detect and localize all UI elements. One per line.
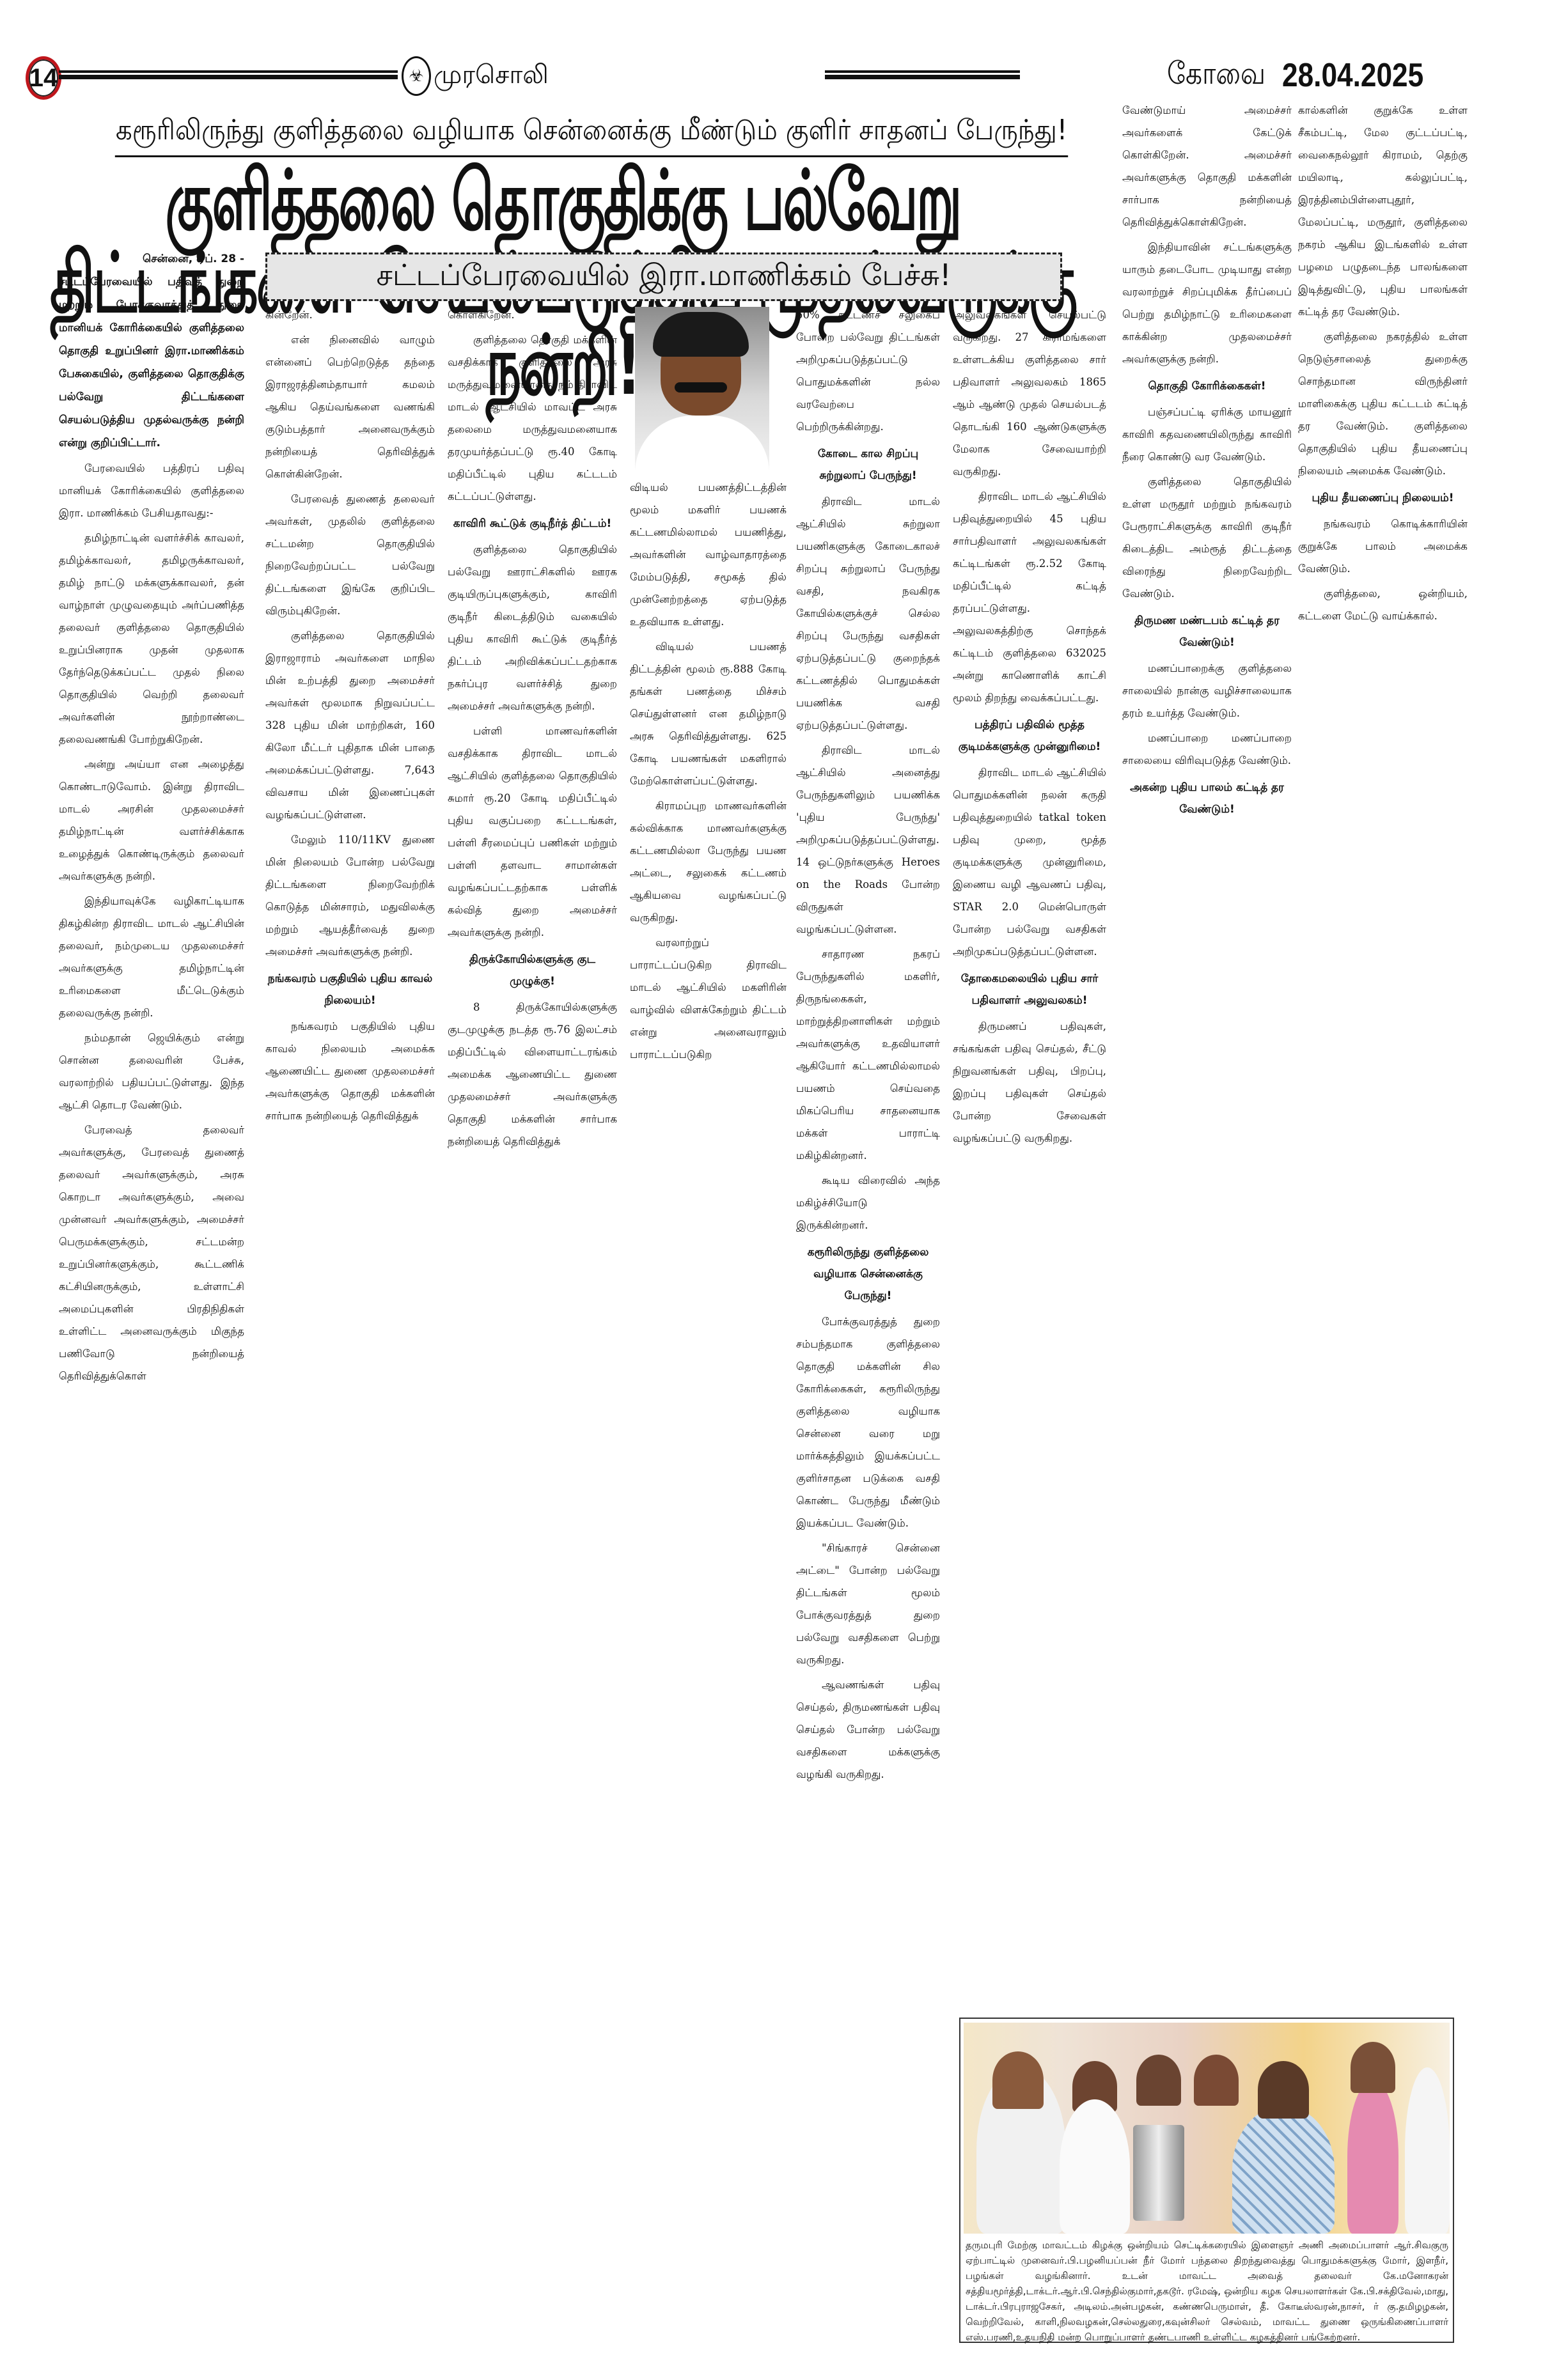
photo-caption: தருமபுரி மேற்கு மாவட்டம் கிழக்கு ஒன்றியம… (966, 2237, 1448, 2345)
paragraph: அலுவலகங்கள் செயல்பட்டு வருகிறது. 27 கிரா… (953, 304, 1106, 483)
paragraph: திராவிட மாடல் ஆட்சியில் சுற்றுலா பயணிகளு… (796, 490, 940, 736)
person-figure (1060, 2099, 1130, 2234)
article-column-2: கின்றேன். என் நினைவில் வாழும் என்னைப் பெ… (265, 304, 435, 2356)
edition-city: கோவை (1167, 56, 1265, 95)
column-subheading: பத்திரப் பதிவில் மூத்த குடிமக்களுக்கு மு… (953, 714, 1106, 758)
person-figure (1405, 2067, 1450, 2234)
paragraph: 8 திருக்கோயில்களுக்கு குடமுழுக்கு நடத்த … (448, 996, 617, 1153)
portrait-shirt (635, 416, 769, 470)
column-subheading: தோகைமலையில் புதிய சார் பதிவாளர் அலுவலகம்… (953, 968, 1106, 1011)
person-pink-shirt (1347, 2080, 1398, 2234)
paragraph: கின்றேன். (265, 304, 435, 326)
paragraph: குளித்தலை தொகுதியில் பல்வேறு ஊராட்சிகளில… (448, 538, 617, 717)
paragraph: தமிழ்நாட்டின் வளர்ச்சிக் காவலர், தமிழ்க்… (59, 527, 244, 751)
paragraph: பேரவையில் பத்திரப் பதிவு மானியக் கோரிக்க… (59, 457, 244, 524)
subheadline-box: சட்டப்பேரவையில் இரா.மாணிக்கம் பேச்சு! (265, 253, 1062, 301)
paragraph: குளித்தலை தொகுதியில் இராஜாராம் அவர்களை ம… (265, 625, 435, 826)
person-face (992, 2051, 1044, 2109)
paragraph: மணப்பாறைக்கு குளித்தலை சாலையில் நான்கு வ… (1122, 657, 1292, 724)
column-subheading: கரூரிலிருந்து குளித்தலை வழியாக சென்னைக்க… (796, 1241, 940, 1307)
paragraph: விடியல் பயணத்திட்டத்தின் மூலம் மகளிர் பய… (630, 476, 787, 633)
column-subheading: தொகுதி கோரிக்கைகள்! (1122, 375, 1292, 397)
paragraph: பள்ளி மாணவர்களின் வசதிக்காக திராவிட மாடல… (448, 720, 617, 944)
paragraph: குளித்தலை, ஒன்றியம், கட்டளை மேட்டு வாய்க… (1298, 582, 1468, 627)
paper-name: முரசொலி (434, 60, 549, 93)
paragraph: 50% கட்டணச் சலுகைப் போன்ற பல்வேறு திட்டங… (796, 304, 940, 438)
murasoli-logo-icon: ☣ (402, 56, 431, 96)
paragraph: திராவிட மாடல் ஆட்சியில் பொதுமக்களின் நலன… (953, 761, 1106, 963)
paragraph: பஞ்சப்பட்டி ஏரிக்கு மாயனூர் காவிரி கதவணை… (1122, 401, 1292, 468)
portrait-hair (653, 312, 749, 357)
event-photo-box: தருமபுரி மேற்கு மாவட்டம் கிழக்கு ஒன்றியம… (959, 2018, 1454, 2343)
portrait-moustache (675, 382, 727, 393)
paragraph: குளித்தலை தொகுதி மக்களின் வசதிக்காக குளி… (448, 329, 617, 508)
person-face (1351, 2042, 1395, 2093)
lead-paragraph: சட்டப்பேரவையில் பதிவுத் துறை மற்றும் போக… (59, 270, 244, 455)
paragraph: கூடிய விரைவில் அந்த மகிழ்ச்சியோடு இருக்க… (796, 1169, 940, 1236)
paragraph: திராவிட மாடல் ஆட்சியில் அனைத்து பேருந்து… (796, 739, 940, 940)
column-subheading: அகன்ற புதிய பாலம் கட்டித் தர வேண்டும்! (1122, 777, 1292, 820)
paragraph: இந்தியாவுக்கே வழிகாட்டியாக திகழ்கின்ற தி… (59, 890, 244, 1024)
column-subheading: திருமண மண்டபம் கட்டித் தர வேண்டும்! (1122, 610, 1292, 653)
person-checked-shirt (1232, 2106, 1335, 2234)
column-subheading: நங்கவரம் பகுதியில் புதிய காவல் நிலையம்! (265, 968, 435, 1011)
paragraph: திராவிட மாடல் ஆட்சியில் பதிவுத்துறையில் … (953, 485, 1106, 709)
paragraph: மணப்பாறை மணப்பாறை சாலையை விரிவுபடுத்த வே… (1122, 727, 1292, 772)
paragraph: இந்தியாவின் சட்டங்களுக்கு யாரும் தடைபோட … (1122, 236, 1292, 370)
paragraph: மேலும் 110/11KV துணை மின் நிலையம் போன்ற … (265, 828, 435, 963)
paragraph: நங்கவரம் கொடிக்காரியின் குறுக்கே பாலம் அ… (1298, 513, 1468, 580)
article-column-6: அலுவலகங்கள் செயல்பட்டு வருகிறது. 27 கிரா… (953, 304, 1106, 2004)
event-photo (964, 2023, 1450, 2234)
article-column-1: சென்னை, ஏப். 28 - சட்டப்பேரவையில் பதிவுத… (59, 253, 244, 2356)
paragraph: விடியல் பயணத் திட்டத்தின் மூலம் ரூ.888 க… (630, 635, 787, 792)
person-face (1194, 2055, 1239, 2106)
paragraph: நங்கவரம் பகுதியில் புதிய காவல் நிலையம் அ… (265, 1015, 435, 1127)
article-column-8: கால்களின் குறுக்கே உள்ள சீகம்பட்டி, மேல … (1298, 99, 1468, 2004)
article-column-4: விடியல் பயணத்திட்டத்தின் மூலம் மகளிர் பய… (630, 476, 787, 2356)
page-number: 14 (26, 56, 61, 100)
article-column-5: 50% கட்டணச் சலுகைப் போன்ற பல்வேறு திட்டங… (796, 304, 940, 2356)
article-column-7: வேண்டுமாய் அமைச்சர் அவர்களைக் கேட்டுக் க… (1122, 99, 1292, 2004)
paragraph: சாதாரண நகரப் பேருந்துகளில் மகளிர், திருந… (796, 943, 940, 1167)
kicker-headline: கரூரிலிருந்து குளித்தலை வழியாக சென்னைக்க… (115, 114, 1068, 157)
paragraph: பேரவைத் தலைவர் அவர்களுக்கு, பேரவைத் துணை… (59, 1119, 244, 1387)
paragraph: கிராமப்புற மாணவர்களின் கல்விக்காக மாணவர்… (630, 795, 787, 929)
paragraph: பேரவைத் துணைத் தலைவர் அவர்கள், முதலில் க… (265, 488, 435, 622)
dateline: சென்னை, ஏப். 28 - (59, 253, 244, 267)
paragraph: கால்களின் குறுக்கே உள்ள சீகம்பட்டி, மேல … (1298, 99, 1468, 323)
paragraph: கொள்கிறேன். (448, 304, 617, 326)
paragraph: திருமணப் பதிவுகள், சங்கங்கள் பதிவு செய்த… (953, 1015, 1106, 1149)
paragraph: நம்மதான் ஜெயிக்கும் என்று சொன்ன தலைவரின்… (59, 1027, 244, 1116)
paragraph: குளித்தலை தொகுதியில் உள்ள மருதூர் மற்றும… (1122, 471, 1292, 605)
paragraph: வரலாற்றுப் பாராட்டப்படுகிற திராவிட மாடல்… (630, 931, 787, 1066)
article-column-3: கொள்கிறேன். குளித்தலை தொகுதி மக்களின் வச… (448, 304, 617, 2356)
paragraph: "சிங்காரச் சென்னை அட்டை" போன்ற பல்வேறு த… (796, 1537, 940, 1671)
person-face (1136, 2055, 1181, 2106)
paragraph: போக்குவரத்துத் துறை சம்பந்தமாக குளித்தலை… (796, 1311, 940, 1534)
masthead-rule-left (59, 70, 398, 79)
person-face (1258, 2061, 1309, 2119)
column-subheading: புதிய தீயணைப்பு நிலையம்! (1298, 487, 1468, 509)
steel-vessel (1133, 2125, 1184, 2221)
paragraph: ஆவணங்கள் பதிவு செய்தல், திருமணங்கள் பதிவ… (796, 1674, 940, 1785)
mla-portrait-photo (635, 307, 769, 470)
paragraph: குளித்தலை நகரத்தில் உள்ள நெடுஞ்சாலைத் து… (1298, 325, 1468, 482)
masthead-rule-right (825, 70, 1020, 79)
column-subheading: காவிரி கூட்டுக் குடிநீர்த் திட்டம்! (448, 513, 617, 534)
paragraph: அன்று அய்யா என அழைத்து கொண்டாடுவோம். இன்… (59, 753, 244, 887)
paragraph: வேண்டுமாய் அமைச்சர் அவர்களைக் கேட்டுக் க… (1122, 99, 1292, 233)
column-subheading: கோடை கால சிறப்பு சுற்றுலாப் பேருந்து! (796, 443, 940, 486)
paragraph: என் நினைவில் வாழும் என்னைப் பெற்றெடுத்த … (265, 329, 435, 485)
subheadline: சட்டப்பேரவையில் இரா.மாணிக்கம் பேச்சு! (376, 258, 951, 297)
issue-date: 28.04.2025 (1282, 56, 1423, 95)
column-subheading: திருக்கோயில்களுக்கு குட முழுக்கு! (448, 949, 617, 992)
